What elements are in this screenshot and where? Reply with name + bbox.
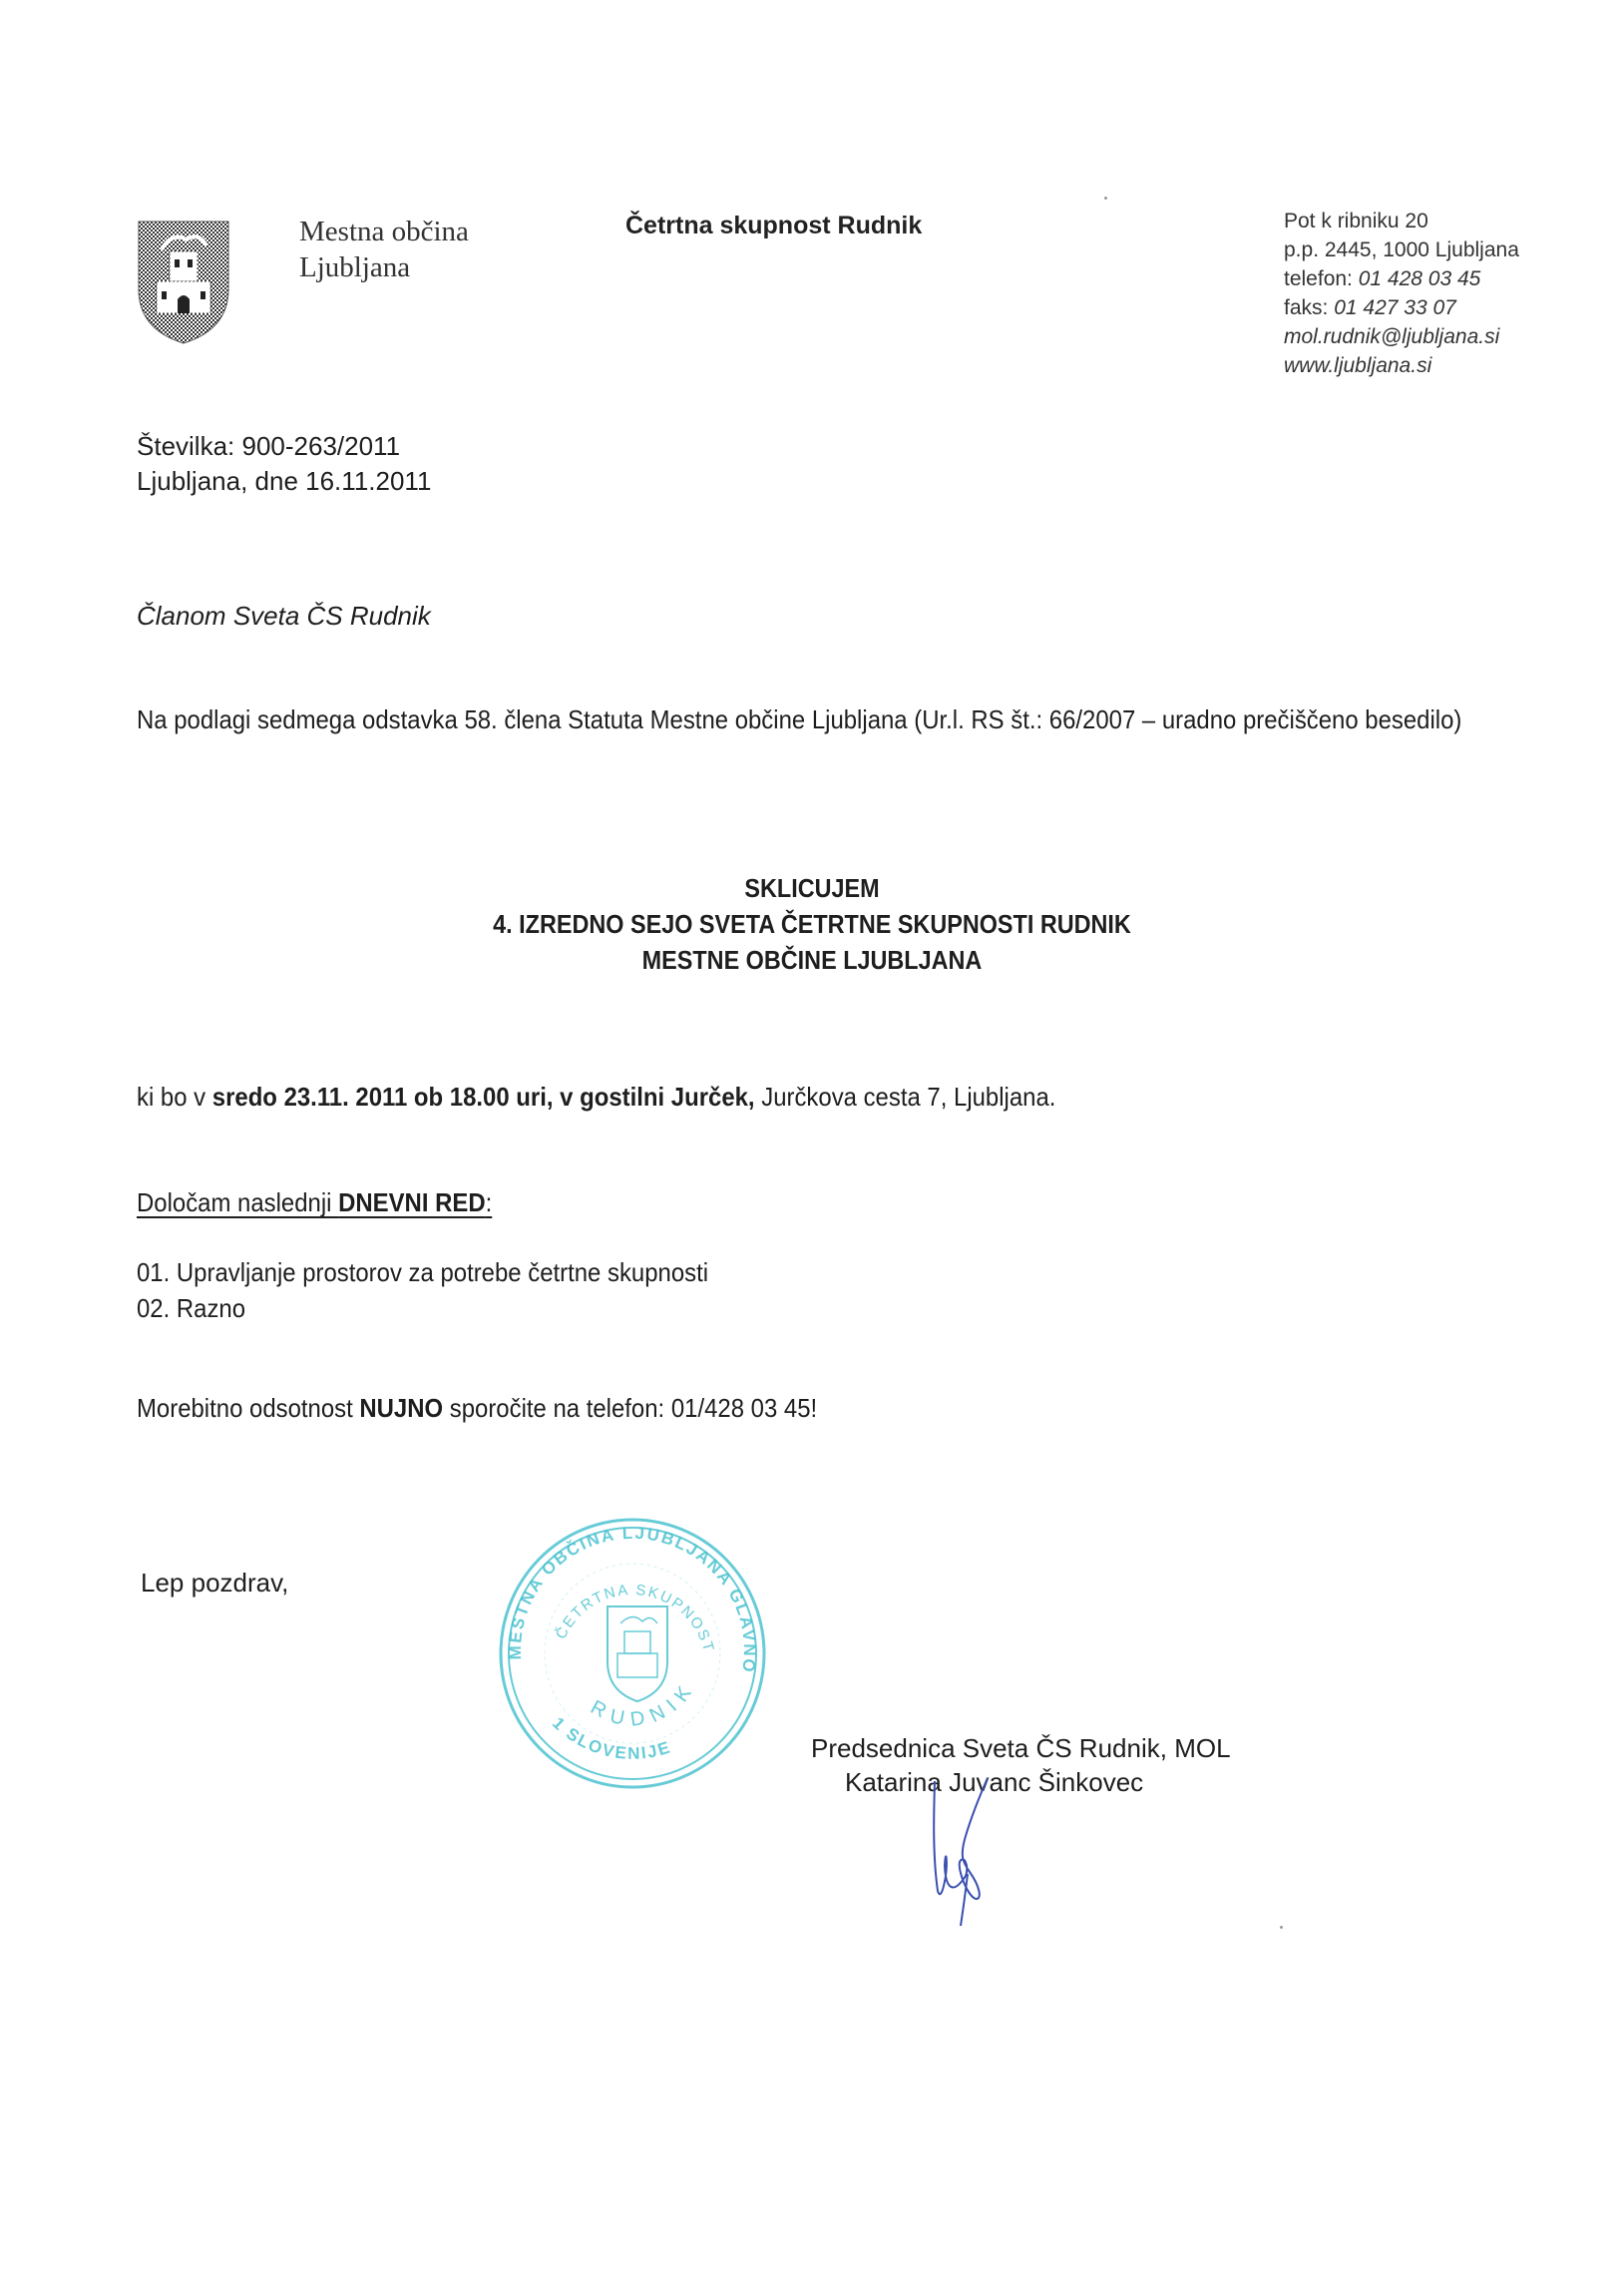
- svg-text:RUDNIK: RUDNIK: [587, 1676, 700, 1731]
- notice-urgent: NUJNO: [359, 1393, 443, 1423]
- svg-text:ČETRTNA SKUPNOST: ČETRTNA SKUPNOST: [553, 1582, 717, 1655]
- contact-fax: faks: 01 427 33 07: [1284, 293, 1519, 322]
- document-title: SKLICUJEM 4. IZREDNO SEJO SVETA ČETRTNE …: [0, 870, 1624, 978]
- agenda-item: 02. Razno: [137, 1290, 708, 1326]
- organization-line-1: Mestna občina: [299, 214, 469, 249]
- meeting-details: ki bo v sredo 23.11. 2011 ob 18.00 uri, …: [137, 1082, 1055, 1113]
- contact-block: Pot k ribniku 20 p.p. 2445, 1000 Ljublja…: [1284, 207, 1519, 380]
- contact-address: Pot k ribniku 20: [1284, 207, 1519, 235]
- agenda-label-suffix: :: [486, 1187, 493, 1217]
- fax-value: 01 427 33 07: [1334, 296, 1456, 319]
- notice-prefix: Morebitno odsotnost: [137, 1393, 359, 1423]
- contact-phone: telefon: 01 428 03 45: [1284, 264, 1519, 293]
- agenda-item: 01. Upravljanje prostorov za potrebe čet…: [137, 1254, 708, 1290]
- title-line-3: MESTNE OBČINE LJUBLJANA: [81, 942, 1542, 978]
- phone-label: telefon:: [1284, 267, 1353, 290]
- notice-suffix: sporočite na telefon: 01/428 03 45!: [443, 1393, 817, 1423]
- agenda-label-prefix: Določam naslednji: [137, 1187, 338, 1217]
- phone-value: 01 428 03 45: [1359, 267, 1481, 290]
- absence-notice: Morebitno odsotnost NUJNO sporočite na t…: [137, 1393, 817, 1424]
- coat-of-arms-icon: [137, 220, 230, 345]
- contact-postal: p.p. 2445, 1000 Ljubljana: [1284, 235, 1519, 264]
- contact-website[interactable]: www.ljubljana.si: [1284, 351, 1519, 380]
- meeting-address: Jurčkova cesta 7, Ljubljana.: [755, 1082, 1056, 1112]
- reference-number: Številka: 900-263/2011: [137, 429, 431, 464]
- unit-name: Četrtna skupnost Rudnik: [625, 212, 922, 240]
- organization-name: Mestna občina Ljubljana: [299, 214, 469, 285]
- meeting-date-place: sredo 23.11. 2011 ob 18.00 uri, v gostil…: [212, 1082, 755, 1112]
- greeting: Lep pozdrav,: [141, 1568, 288, 1599]
- official-stamp-icon: MESTNA OBČINA LJUBLJANA GLAVNO MESTO REP…: [493, 1512, 772, 1796]
- addressee: Članom Sveta ČS Rudnik: [137, 601, 431, 632]
- place-date: Ljubljana, dne 16.11.2011: [137, 464, 431, 499]
- scan-speck: [1280, 1926, 1283, 1929]
- contact-email[interactable]: mol.rudnik@ljubljana.si: [1284, 322, 1519, 351]
- scan-speck: [1104, 197, 1107, 200]
- legal-basis-paragraph: Na podlagi sedmega odstavka 58. člena St…: [137, 700, 1531, 738]
- signature-icon: [908, 1776, 1017, 1936]
- meeting-prefix: ki bo v: [137, 1082, 212, 1112]
- reference-block: Številka: 900-263/2011 Ljubljana, dne 16…: [137, 429, 431, 499]
- fax-label: faks:: [1284, 296, 1328, 319]
- title-line-2: 4. IZREDNO SEJO SVETA ČETRTNE SKUPNOSTI …: [81, 906, 1542, 942]
- agenda-heading: Določam naslednji DNEVNI RED:: [137, 1187, 492, 1218]
- agenda-list: 01. Upravljanje prostorov za potrebe čet…: [137, 1254, 708, 1326]
- agenda-label-bold: DNEVNI RED: [338, 1187, 486, 1217]
- signatory-title: Predsednica Sveta ČS Rudnik, MOL: [811, 1733, 1231, 1764]
- title-line-1: SKLICUJEM: [81, 870, 1542, 906]
- organization-line-2: Ljubljana: [299, 249, 469, 285]
